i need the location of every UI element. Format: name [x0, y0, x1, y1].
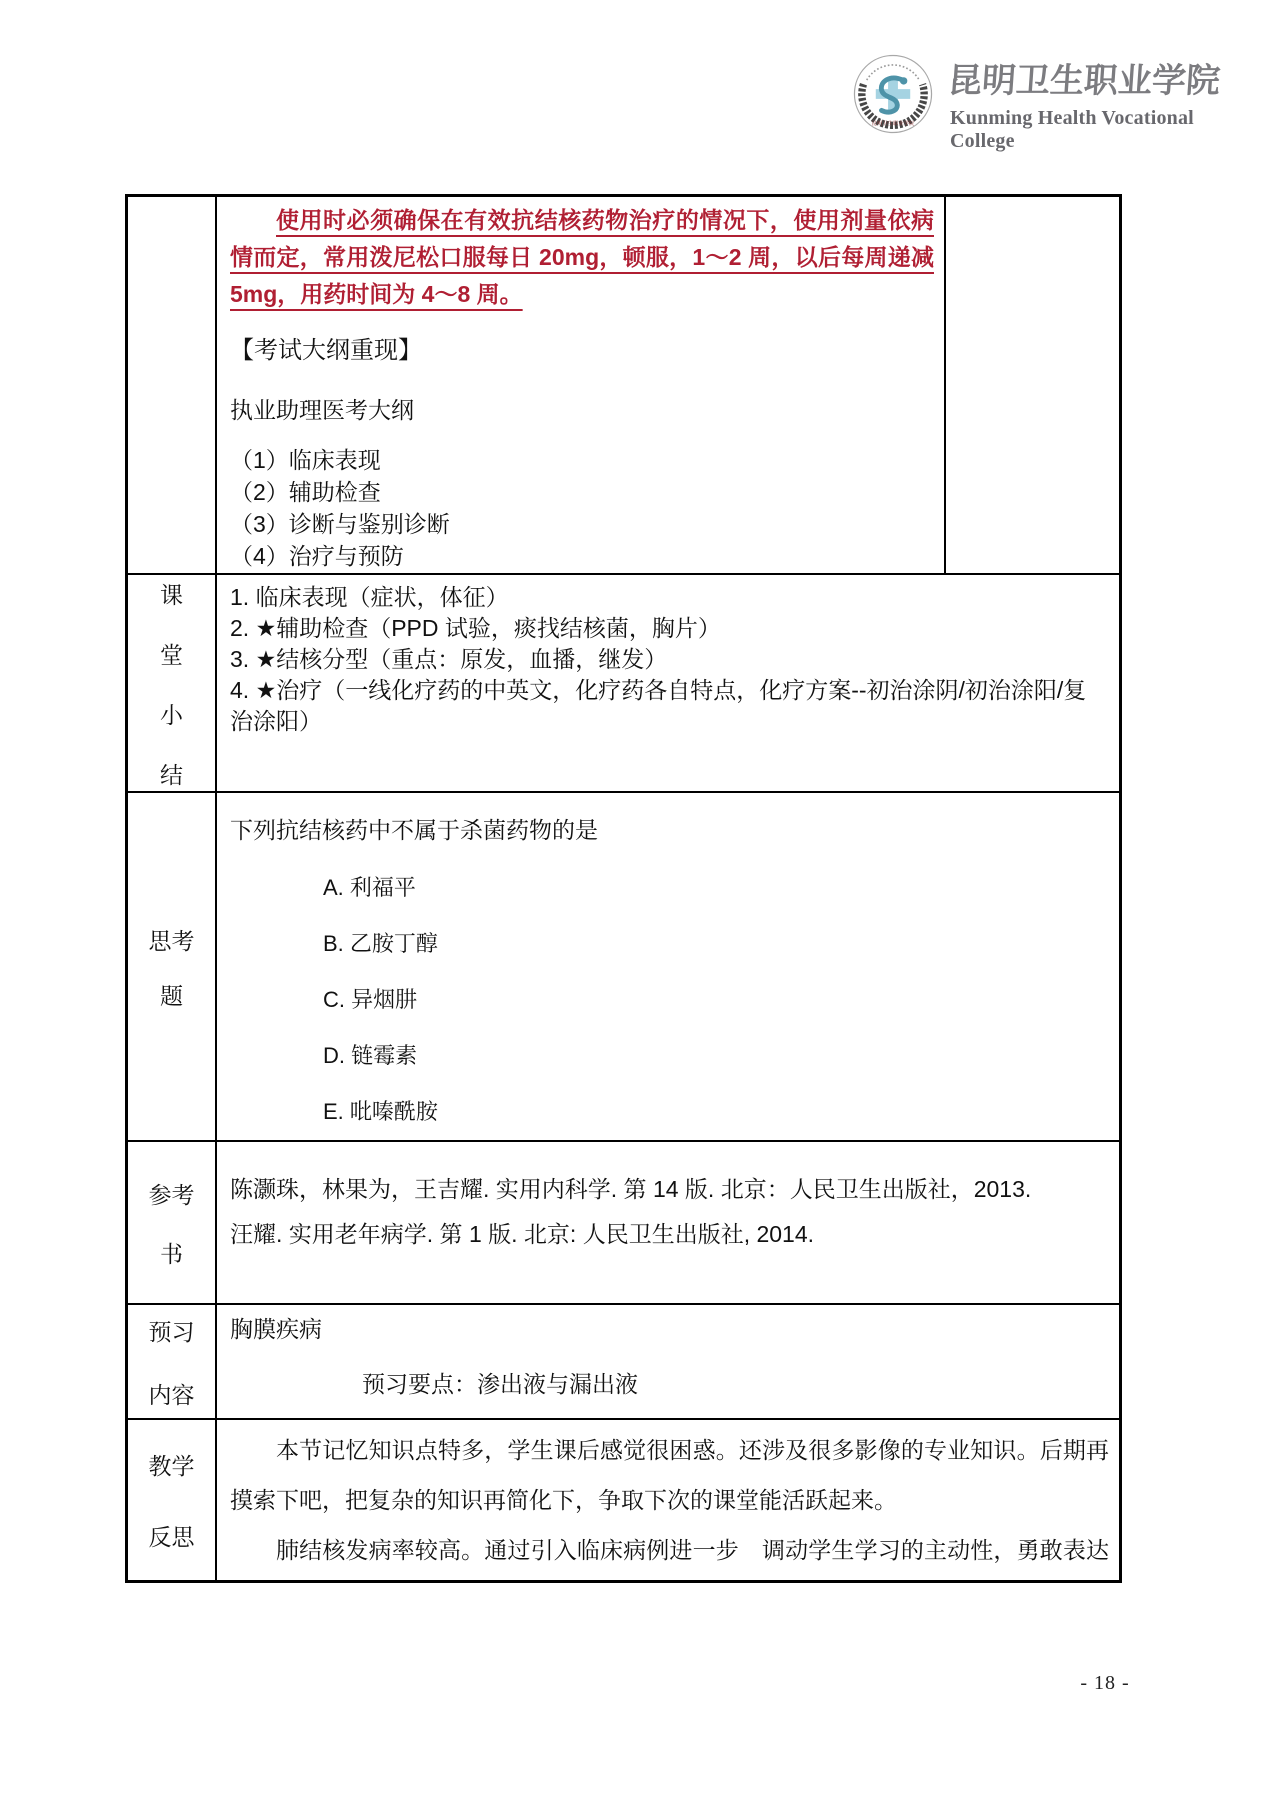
outline-item: （4）治疗与预防	[230, 540, 934, 572]
exam-outline-list: （1）临床表现 （2）辅助检查 （3）诊断与鉴别诊断 （4）治疗与预防	[230, 444, 934, 572]
outline-item: （1）临床表现	[230, 444, 934, 476]
question-option: A. 利福平	[323, 876, 1109, 899]
svg-text:昆明卫生职业学院: 昆明卫生职业学院	[872, 119, 915, 127]
lesson-table: 使用时必须确保在有效抗结核药物治疗的情况下，使用剂量依病情而定，常用泼尼松口服每…	[125, 194, 1122, 1583]
preview-row: 预习 内容 胸膜疾病 预习要点：渗出液与漏出液	[128, 1303, 1119, 1418]
question-option: E. 吡嗪酰胺	[323, 1100, 1109, 1123]
summary-item: 4. ★治疗（一线化疗药的中英文，化疗药各自特点，化疗方案--初治涂阴/初治涂阳…	[230, 675, 1109, 737]
preview-keypoints: 预习要点：渗出液与漏出液	[362, 1373, 1109, 1396]
page-number: - 18 -	[1040, 1672, 1170, 1695]
summary-item: 1. 临床表现（症状，体征）	[230, 582, 1109, 613]
reflection-paragraph: 本节记忆知识点特多，学生课后感觉很困惑。还涉及很多影像的专业知识。后期再摸索下吧…	[230, 1425, 1109, 1525]
question-row: 思考 题 下列抗结核药中不属于杀菌药物的是 A. 利福平 B. 乙胺丁醇 C. …	[128, 791, 1119, 1140]
empty-side-cell	[946, 197, 1119, 573]
preview-topic: 胸膜疾病	[230, 1318, 1109, 1341]
reference-entry: 陈灏珠，林果为，王吉耀. 实用内科学. 第 14 版. 北京：人民卫生出版社，2…	[230, 1167, 1109, 1212]
summary-item: 2. ★辅助检查（PPD 试验，痰找结核菌，胸片）	[230, 613, 1109, 644]
summary-item: 3. ★结核分型（重点：原发，血播，继发）	[230, 644, 1109, 675]
reflection-paragraph: 肺结核发病率较高。通过引入临床病例进一步 调动学生学习的主动性，勇敢表达学	[230, 1525, 1109, 1580]
outline-item: （2）辅助检查	[230, 476, 934, 508]
highlight-paragraph: 使用时必须确保在有效抗结核药物治疗的情况下，使用剂量依病情而定，常用泼尼松口服每…	[230, 202, 934, 313]
question-label: 思考 题	[128, 793, 217, 1140]
question-text: 下列抗结核药中不属于杀菌药物的是	[230, 819, 1109, 842]
exam-outline-subtitle: 执业助理医考大纲	[230, 392, 934, 425]
college-seal-icon: 昆明卫生职业学院	[852, 52, 934, 136]
outline-item: （3）诊断与鉴别诊断	[230, 508, 934, 540]
college-name-english: Kunming Health Vocational College	[950, 107, 1250, 153]
question-option: D. 链霉素	[323, 1044, 1109, 1067]
reference-label: 参考 书	[128, 1142, 217, 1303]
class-summary-label: 课 堂 小 结	[128, 575, 217, 791]
document-page: 昆明卫生职业学院 昆明卫生职业学院 Kunming Health Vocatio…	[0, 0, 1274, 1801]
question-option: B. 乙胺丁醇	[323, 932, 1109, 955]
continuation-row: 使用时必须确保在有效抗结核药物治疗的情况下，使用剂量依病情而定，常用泼尼松口服每…	[128, 197, 1119, 573]
exam-outline-heading: 【考试大纲重现】	[230, 330, 934, 365]
reference-entry: 汪耀. 实用老年病学. 第 1 版. 北京: 人民卫生出版社, 2014.	[230, 1212, 1109, 1257]
row-label-cell-empty	[128, 197, 217, 573]
question-option: C. 异烟肼	[323, 988, 1109, 1011]
class-summary-row: 课 堂 小 结 1. 临床表现（症状，体征） 2. ★辅助检查（PPD 试验，痰…	[128, 573, 1119, 791]
preview-label: 预习 内容	[128, 1305, 217, 1418]
reference-row: 参考 书 陈灏珠，林果为，王吉耀. 实用内科学. 第 14 版. 北京：人民卫生…	[128, 1140, 1119, 1303]
college-name-calligraphy: 昆明卫生职业学院	[947, 62, 1250, 102]
reflection-row: 教学 反思 本节记忆知识点特多，学生课后感觉很困惑。还涉及很多影像的专业知识。后…	[128, 1418, 1119, 1580]
reflection-label: 教学 反思	[128, 1420, 217, 1580]
